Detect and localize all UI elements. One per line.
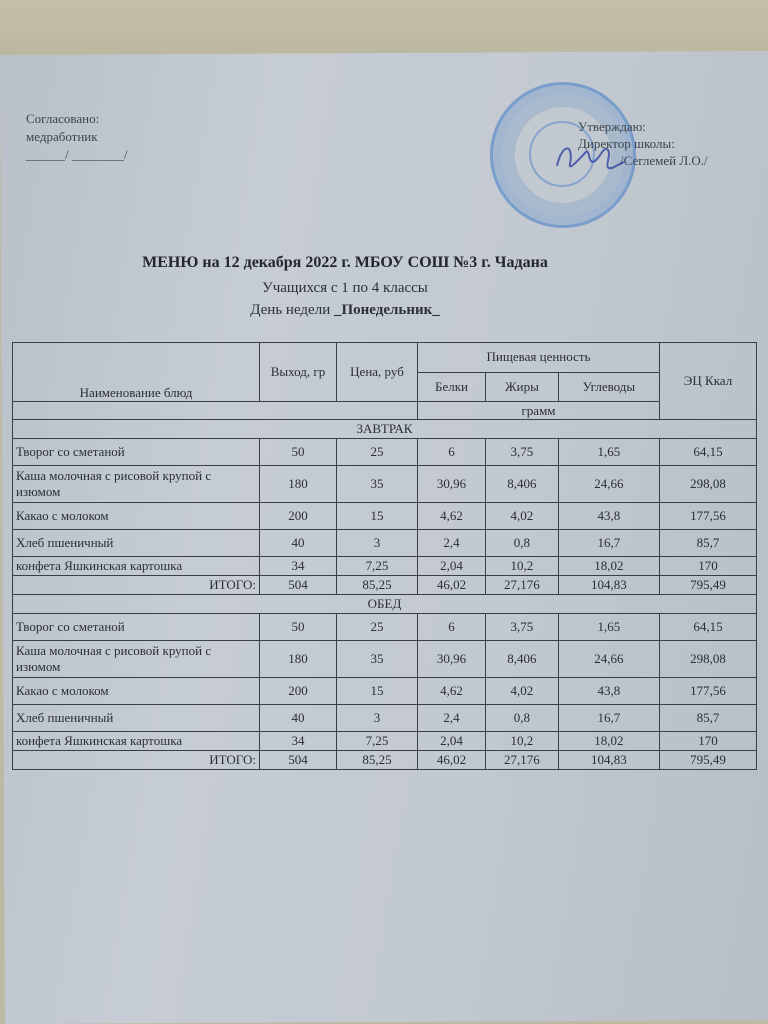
cell-protein: 30,96 [418, 641, 486, 678]
table-row: Какао с молоком200154,624,0243,8177,56 [13, 678, 757, 705]
cell-kcal: 298,08 [660, 466, 757, 503]
cell-carbs: 24,66 [558, 466, 659, 503]
cell-protein: 2,04 [418, 557, 486, 576]
total-label: ИТОГО: [13, 751, 260, 770]
cell-yield: 200 [260, 503, 337, 530]
page-title: МЕНЮ на 12 декабря 2022 г. МБОУ СОШ №3 г… [0, 254, 690, 272]
cell-yield: 34 [260, 732, 337, 751]
cell-kcal: 170 [660, 732, 757, 751]
table-row: конфета Яшкинская картошка347,252,0410,2… [13, 732, 757, 751]
cell-fat: 10,2 [486, 732, 559, 751]
total-label: ИТОГО: [13, 576, 260, 595]
cell-kcal: 177,56 [660, 678, 757, 705]
total-fat: 27,176 [486, 751, 559, 770]
approval-block-left: Согласовано: медработник ______/ _______… [26, 110, 127, 164]
cell-fat: 4,02 [486, 503, 559, 530]
total-fat: 27,176 [486, 576, 559, 595]
dish-name: Какао с молоком [13, 678, 260, 705]
approval-right-line2: Директор школы: [578, 135, 708, 152]
col-header-protein: Белки [418, 372, 486, 402]
weekday-line: День недели _Понедельник_ [0, 302, 690, 319]
table-row: Творог со сметаной502563,751,6564,15 [13, 439, 757, 466]
dish-name: конфета Яшкинская картошка [13, 557, 260, 576]
total-kcal: 795,49 [660, 751, 757, 770]
dish-name: Какао с молоком [13, 503, 260, 530]
cell-protein: 6 [418, 614, 486, 641]
cell-price: 35 [337, 466, 418, 503]
cell-fat: 3,75 [486, 439, 559, 466]
cell-price: 35 [337, 641, 418, 678]
weekday-label: День недели [250, 302, 334, 318]
cell-fat: 0,8 [486, 530, 559, 557]
total-carbs: 104,83 [558, 576, 659, 595]
col-header-name: Наименование блюд [13, 343, 260, 402]
cell-carbs: 24,66 [558, 641, 659, 678]
section-title: ОБЕД [13, 595, 757, 614]
cell-protein: 2,4 [418, 530, 486, 557]
cell-fat: 8,406 [486, 641, 559, 678]
table-row: Творог со сметаной502563,751,6564,15 [13, 614, 757, 641]
cell-kcal: 298,08 [660, 641, 757, 678]
table-row: конфета Яшкинская картошка347,252,0410,2… [13, 557, 757, 576]
dish-name: Каша молочная с рисовой крупой с изюмом [13, 466, 260, 503]
cell-protein: 2,4 [418, 705, 486, 732]
page-subtitle: Учащихся с 1 по 4 классы [0, 280, 690, 297]
cell-yield: 34 [260, 557, 337, 576]
cell-protein: 6 [418, 439, 486, 466]
cell-kcal: 64,15 [660, 614, 757, 641]
cell-price: 15 [337, 678, 418, 705]
cell-fat: 8,406 [486, 466, 559, 503]
col-header-carbs: Углеводы [558, 372, 659, 402]
weekday-value: _Понедельник_ [334, 302, 440, 318]
dish-name: Творог со сметаной [13, 614, 260, 641]
cell-yield: 180 [260, 466, 337, 503]
col-header-yield: Выход, гр [260, 343, 337, 402]
cell-carbs: 18,02 [558, 557, 659, 576]
cell-carbs: 43,8 [558, 503, 659, 530]
table-row: Каша молочная с рисовой крупой с изюмом1… [13, 641, 757, 678]
cell-fat: 4,02 [486, 678, 559, 705]
cell-fat: 0,8 [486, 705, 559, 732]
cell-yield: 40 [260, 530, 337, 557]
total-row: ИТОГО:50485,2546,0227,176104,83795,49 [13, 751, 757, 770]
col-header-unit: грамм [418, 402, 660, 420]
total-price: 85,25 [337, 576, 418, 595]
cell-yield: 50 [260, 614, 337, 641]
cell-carbs: 43,8 [558, 678, 659, 705]
table-row: Хлеб пшеничный4032,40,816,785,7 [13, 530, 757, 557]
cell-price: 3 [337, 530, 418, 557]
cell-carbs: 1,65 [558, 614, 659, 641]
approval-left-signature-line: ______/ ________/ [26, 146, 127, 164]
table-row: Хлеб пшеничный4032,40,816,785,7 [13, 705, 757, 732]
cell-price: 7,25 [337, 557, 418, 576]
cell-protein: 30,96 [418, 466, 486, 503]
table-row: Какао с молоком200154,624,0243,8177,56 [13, 503, 757, 530]
cell-yield: 180 [260, 641, 337, 678]
cell-carbs: 16,7 [558, 705, 659, 732]
cell-price: 25 [337, 439, 418, 466]
total-row: ИТОГО:50485,2546,0227,176104,83795,49 [13, 576, 757, 595]
dish-name: Творог со сметаной [13, 439, 260, 466]
total-yield: 504 [260, 576, 337, 595]
cell-kcal: 170 [660, 557, 757, 576]
cell-kcal: 85,7 [660, 530, 757, 557]
section-row: ЗАВТРАК [13, 420, 757, 439]
cell-carbs: 1,65 [558, 439, 659, 466]
approval-left-line1: Согласовано: [26, 110, 127, 128]
total-yield: 504 [260, 751, 337, 770]
cell-protein: 4,62 [418, 503, 486, 530]
section-title: ЗАВТРАК [13, 420, 757, 439]
col-header-kcal: ЭЦ Ккал [660, 343, 757, 420]
table-row: Каша молочная с рисовой крупой с изюмом1… [13, 466, 757, 503]
cell-fat: 10,2 [486, 557, 559, 576]
col-header-nutrition: Пищевая ценность [418, 343, 660, 373]
cell-kcal: 177,56 [660, 503, 757, 530]
dish-name: Хлеб пшеничный [13, 705, 260, 732]
approval-block-right: Утверждаю: Директор школы: /Сеглемей Л.О… [578, 118, 708, 169]
cell-yield: 50 [260, 439, 337, 466]
dish-name: конфета Яшкинская картошка [13, 732, 260, 751]
cell-yield: 200 [260, 678, 337, 705]
cell-price: 15 [337, 503, 418, 530]
total-protein: 46,02 [418, 576, 486, 595]
cell-kcal: 64,15 [660, 439, 757, 466]
cell-carbs: 18,02 [558, 732, 659, 751]
cell-protein: 2,04 [418, 732, 486, 751]
cell-price: 25 [337, 614, 418, 641]
total-kcal: 795,49 [660, 576, 757, 595]
cell-carbs: 16,7 [558, 530, 659, 557]
cell-kcal: 85,7 [660, 705, 757, 732]
dish-name: Каша молочная с рисовой крупой с изюмом [13, 641, 260, 678]
approval-right-signature-line: /Сеглемей Л.О./ [558, 152, 708, 169]
col-header-price: Цена, руб [337, 343, 418, 402]
dish-name: Хлеб пшеничный [13, 530, 260, 557]
menu-table: Наименование блюд Выход, гр Цена, руб Пи… [12, 342, 757, 770]
cell-price: 3 [337, 705, 418, 732]
approval-right-line1: Утверждаю: [578, 118, 708, 135]
total-carbs: 104,83 [558, 751, 659, 770]
section-row: ОБЕД [13, 595, 757, 614]
total-price: 85,25 [337, 751, 418, 770]
cell-price: 7,25 [337, 732, 418, 751]
cell-yield: 40 [260, 705, 337, 732]
col-header-fat: Жиры [486, 372, 559, 402]
approval-left-line2: медработник [26, 128, 127, 146]
cell-fat: 3,75 [486, 614, 559, 641]
cell-protein: 4,62 [418, 678, 486, 705]
total-protein: 46,02 [418, 751, 486, 770]
